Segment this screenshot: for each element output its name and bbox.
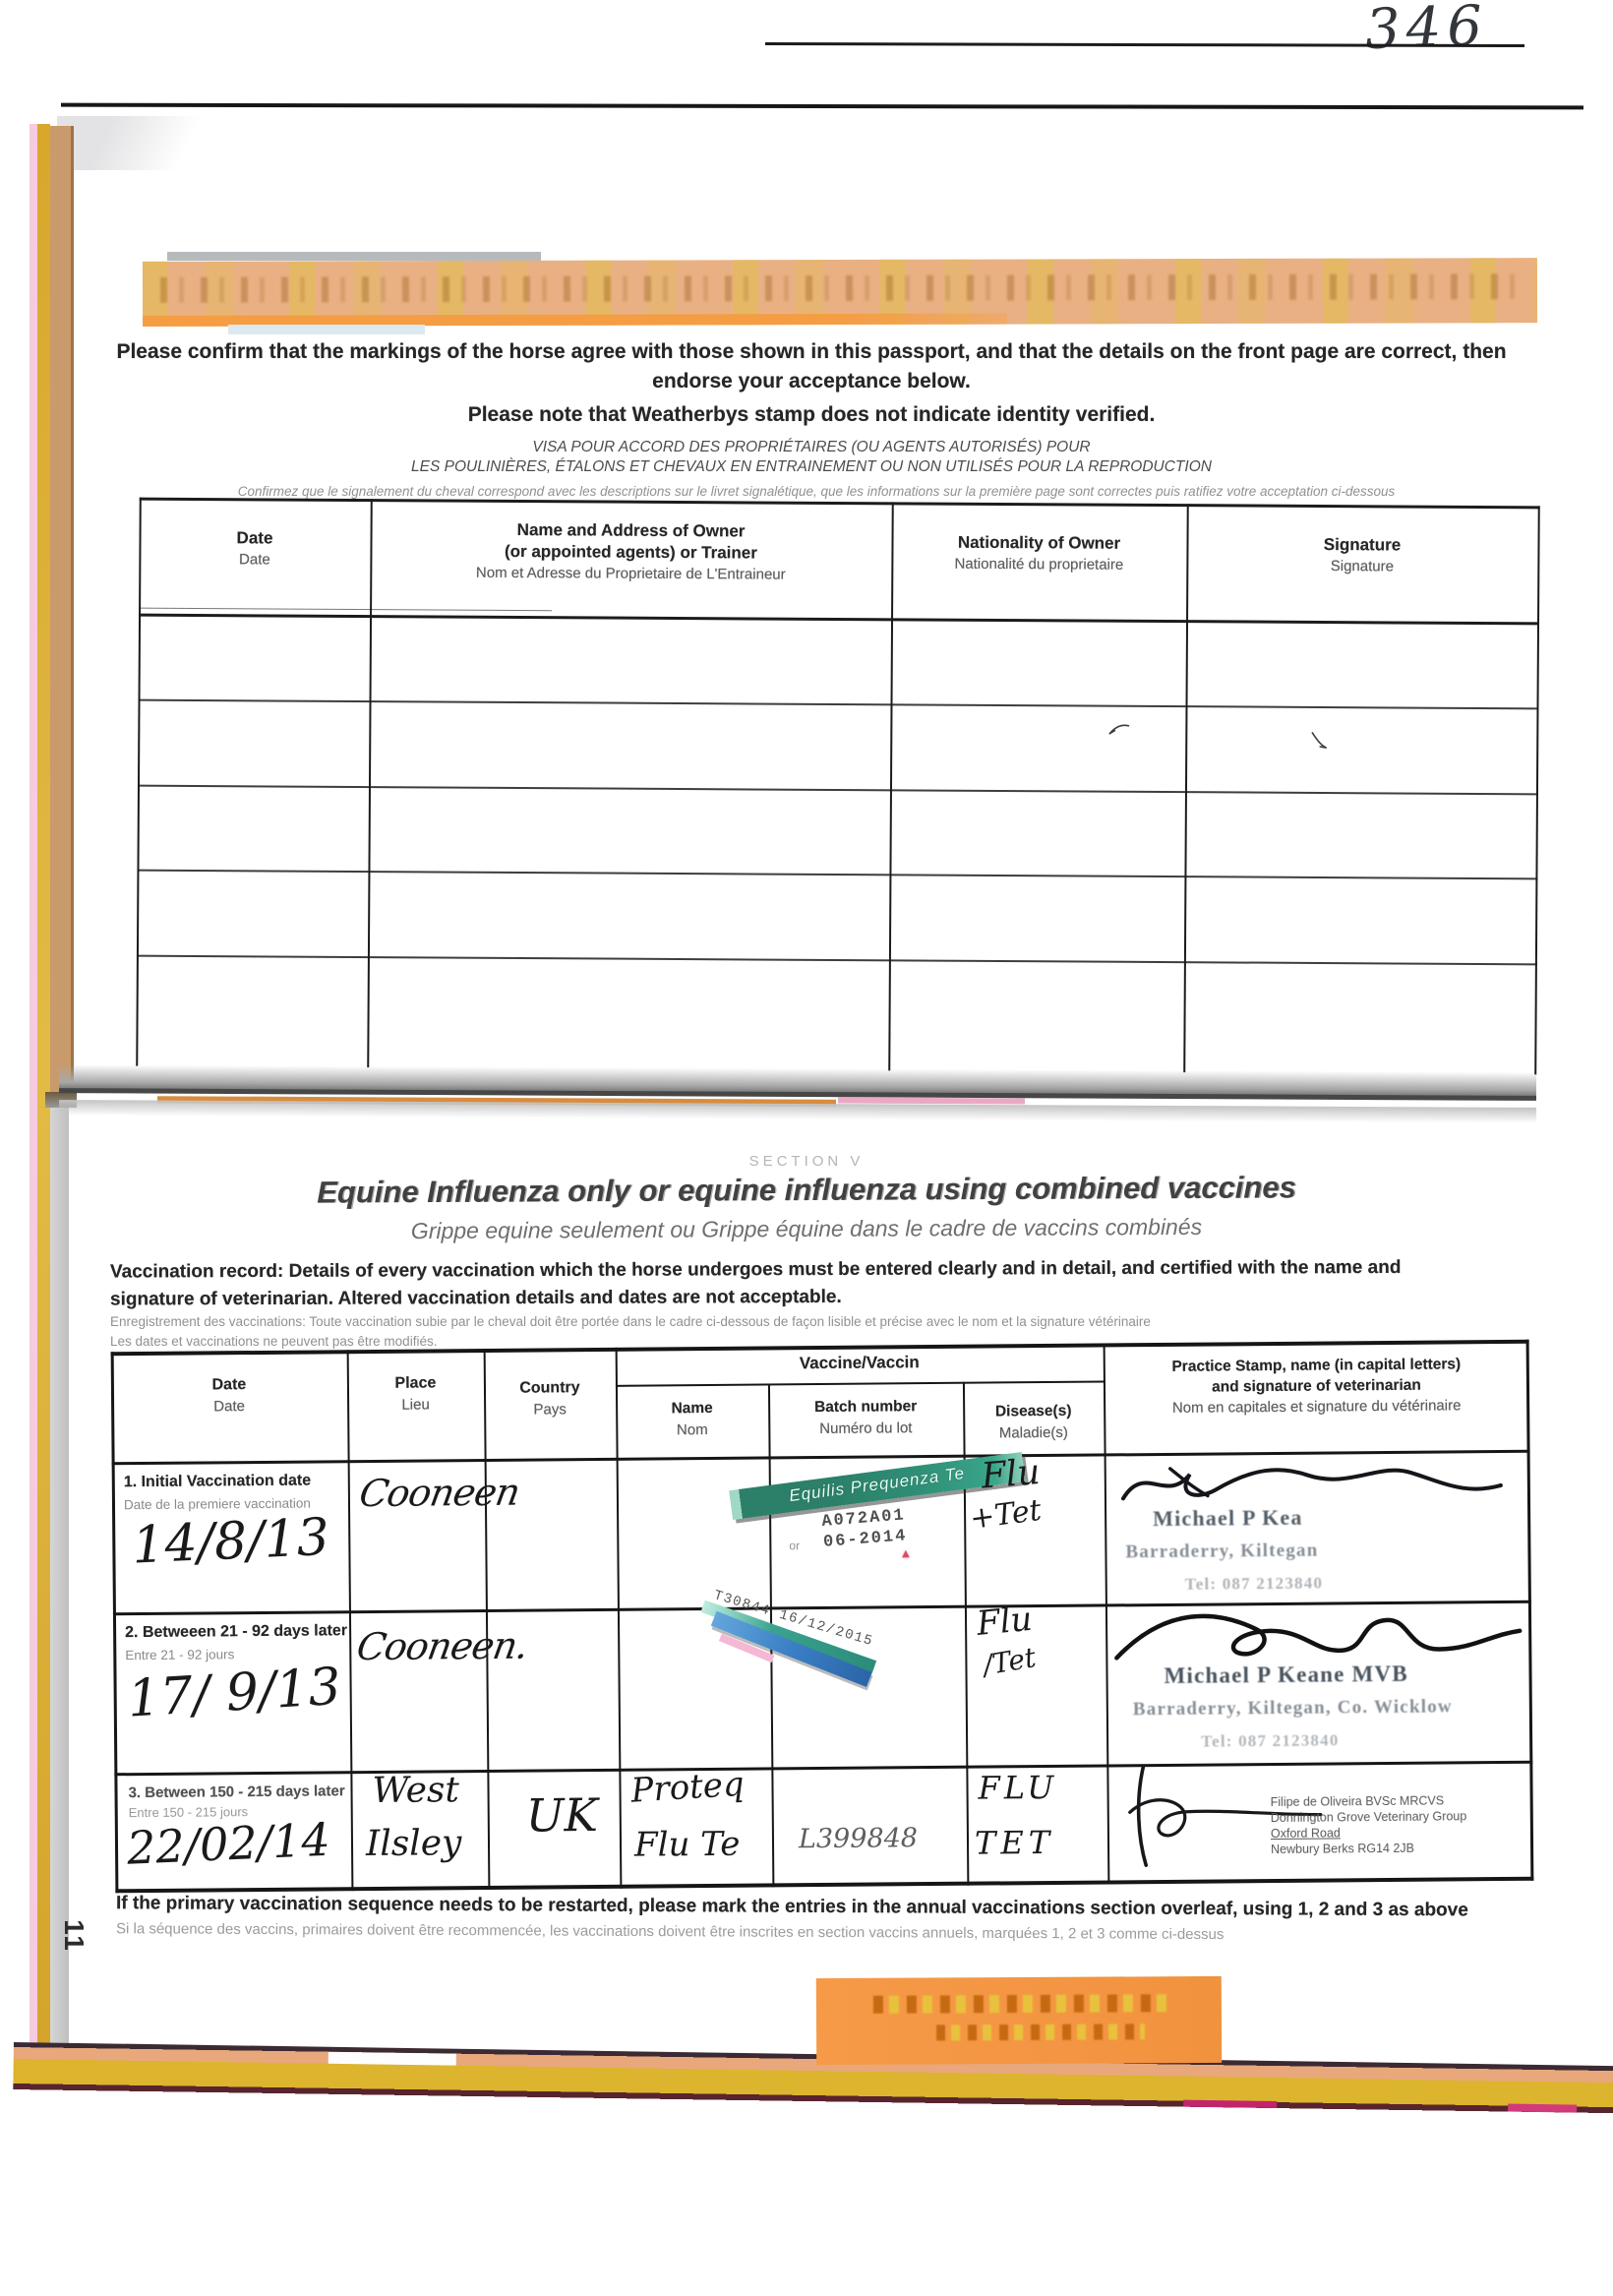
row1-disease-line1: Flu — [980, 1452, 1042, 1497]
bottom-bar-magenta-accent — [1508, 2104, 1577, 2113]
red-triangle-mark: ▲ — [899, 1545, 912, 1560]
row1-disease-line2: +Tet — [968, 1493, 1044, 1537]
left-edge-tan-strip — [50, 126, 74, 1096]
row2-disease-line1: Flu — [975, 1600, 1034, 1644]
bottom-gold-bar — [13, 2042, 1613, 2118]
row3-batch-handwritten: L399848 — [799, 1823, 918, 1854]
vax-col-name-header: Name Nom — [616, 1397, 768, 1441]
row3-vaccine-name-line1: Proteq — [629, 1765, 745, 1811]
row3-label-en: 3. Between 150 - 215 days later — [128, 1782, 344, 1801]
row1-place-handwritten: Cooneen — [356, 1471, 522, 1515]
row1-label-en: 1. Initial Vaccination date — [124, 1473, 311, 1492]
owner-instructions-line3: Please note that Weatherbys stamp does n… — [103, 403, 1520, 427]
vax-col-batch-header: Batch number Numéro du lot — [768, 1396, 963, 1441]
row2-date-handwritten: 17/ 9/13 — [126, 1658, 342, 1729]
banner-pale-cap — [228, 325, 425, 334]
pen-mark — [1308, 731, 1330, 751]
vaccination-table: Date Date Place Lieu Country Pays Vaccin… — [111, 1340, 1534, 1894]
vax-col-country-header: Country Pays — [484, 1377, 616, 1421]
banner-gray-cap — [167, 252, 541, 261]
vaccination-title-en: Equine Influenza only or equine influenz… — [98, 1169, 1515, 1212]
page-number: 11 — [58, 1919, 90, 1953]
owner-visa-fr-line1: VISA POUR ACCORD DES PROPRIÉTAIRES (OU A… — [103, 439, 1520, 456]
row3-practice-stamp: Filipe de Oliveira BVSc MRCVS Donnington… — [1271, 1792, 1537, 1857]
top-rule-line — [765, 42, 1524, 47]
row1-batch-or-mark: or — [789, 1539, 800, 1552]
vaccination-note-fr-line1: Enregistrement des vaccinations: Toute v… — [110, 1314, 1546, 1329]
row3-disease-line1: FLU — [978, 1769, 1057, 1807]
row3-country-handwritten: UK — [526, 1788, 599, 1843]
left-edge-pink-strip — [30, 124, 37, 2056]
row1-batch-code: A072A01 06-2014 — [821, 1505, 908, 1553]
restart-note-fr: Si la séquence des vaccins, primaires do… — [116, 1920, 1542, 1945]
restart-note-en: If the primary vaccination sequence need… — [116, 1893, 1542, 1922]
owner-visa-fr-line2: LES POULINIÈRES, ÉTALONS ET CHEVAUX EN E… — [103, 458, 1520, 476]
section-label: SECTION V — [118, 1153, 1495, 1170]
row1-vet-address-stamp: Barraderry, Kiltegan — [1125, 1541, 1318, 1564]
row2-label-fr: Entre 21 - 92 jours — [125, 1647, 234, 1662]
left-edge-gold-strip — [37, 124, 50, 2052]
bottom-bar-magenta-accent — [1183, 2100, 1277, 2108]
row3-place-line1: West — [372, 1770, 459, 1811]
page-fold-fade — [59, 1100, 1536, 1123]
row3-vaccine-name-line2: Flu Te — [634, 1825, 741, 1865]
owner-col-date-header: Date Date — [139, 527, 370, 572]
row1-date-handwritten: 14/8/13 — [131, 1508, 330, 1576]
vax-col-stamp-header: Practice Stamp, name (in capital letters… — [1104, 1354, 1530, 1420]
row3-disease-line2: TET — [975, 1824, 1054, 1862]
row2-label-en: 2. Betweeen 21 - 92 days later — [125, 1622, 347, 1642]
page-top-edge-line — [61, 103, 1583, 110]
vaccination-note-en-line1: Vaccination record: Details of every vac… — [110, 1256, 1536, 1283]
owner-confirm-fr: Confirmez que le signalement du cheval c… — [93, 484, 1539, 499]
bottom-bar-white-gap — [329, 2052, 456, 2066]
orange-stamp-text-line1 — [873, 1994, 1168, 2014]
vax-col-vaccine-header: Vaccine/Vaccin — [616, 1351, 1104, 1374]
vax-col-date-header: Date Date — [111, 1373, 347, 1419]
banner-ghost-text — [160, 273, 1518, 303]
row1-vet-name-stamp: Michael P Kea — [1153, 1505, 1303, 1532]
owner-col-signature-header: Signature Signature — [1186, 533, 1537, 578]
owner-table: Date Date Name and Address of Owner (or … — [136, 498, 1540, 1075]
owner-col-owner-header: Name and Address of Owner (or appointed … — [370, 518, 891, 586]
orange-stamp-box — [816, 1976, 1222, 2065]
page-corner-shade — [57, 116, 224, 170]
pen-mark — [1106, 722, 1132, 738]
owner-instructions-line1: Please confirm that the markings of the … — [103, 340, 1520, 364]
left-edge-gray-strip — [50, 1108, 69, 2044]
owner-instructions-line2: endorse your acceptance below. — [103, 370, 1520, 393]
orange-stamp-text-line2 — [936, 2024, 1145, 2040]
handwritten-folio-number: 346 — [1364, 0, 1489, 62]
row2-place-handwritten: Cooneen. — [354, 1624, 531, 1669]
owner-col-nationality-header: Nationality of Owner Nationalité du prop… — [891, 531, 1186, 576]
scanned-passport-page: 346 Please confirm that the markings of … — [0, 0, 1613, 2296]
row2-disease-line2: /Tet — [981, 1641, 1038, 1681]
row3-place-line2: Ilsley — [366, 1823, 462, 1864]
vax-col-disease-header: Disease(s) Maladie(s) — [963, 1400, 1104, 1444]
row3-date-handwritten: 22/02/14 — [126, 1813, 331, 1875]
vaccination-note-en-line2: signature of veterinarian. Altered vacci… — [110, 1284, 1536, 1310]
vax-col-place-header: Place Lieu — [347, 1372, 484, 1417]
orange-header-banner — [143, 258, 1537, 327]
row2-vet-tel-stamp: Tel: 087 2123840 — [1201, 1730, 1340, 1751]
row2-vet-address-stamp: Barraderry, Kiltegan, Co. Wicklow — [1133, 1696, 1453, 1721]
vaccination-title-fr: Grippe equine seulement ou Grippe équine… — [98, 1212, 1515, 1246]
row2-vet-name-stamp: Michael P Keane MVB — [1164, 1662, 1408, 1689]
row1-vet-tel-stamp: Tel: 087 2123840 — [1185, 1574, 1324, 1595]
